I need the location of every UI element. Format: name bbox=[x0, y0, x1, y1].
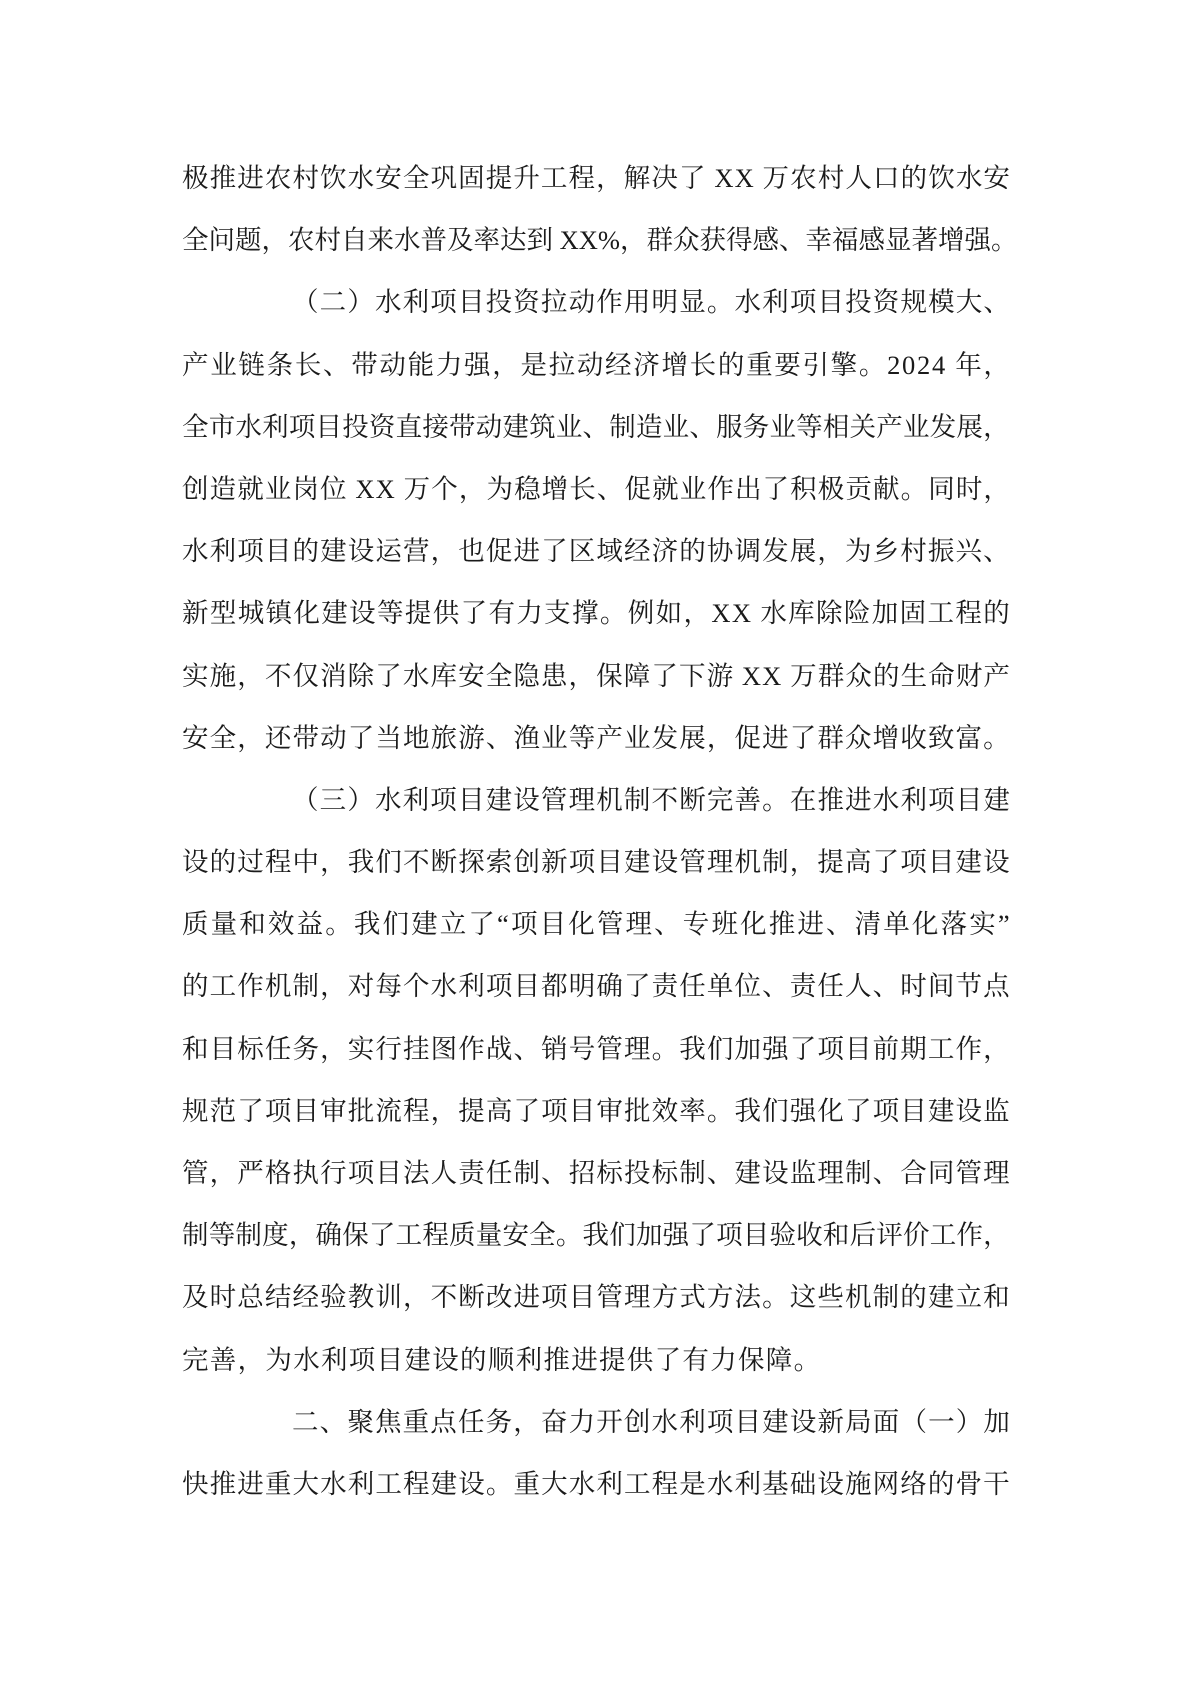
text-line-8: 新型城镇化建设等提供了有力支撑。例如，XX 水库除险加固工程的 bbox=[182, 582, 1010, 644]
text-line-15: 和目标任务，实行挂图作战、销号管理。我们加强了项目前期工作， bbox=[182, 1018, 1010, 1080]
text-line-3: （二）水利项目投资拉动作用明显。水利项目投资规模大、 bbox=[182, 271, 1010, 333]
text-line-1: 极推进农村饮水安全巩固提升工程，解决了 XX 万农村人口的饮水安 bbox=[182, 147, 1010, 209]
document-page: 极推进农村饮水安全巩固提升工程，解决了 XX 万农村人口的饮水安全问题，农村自来… bbox=[0, 0, 1190, 1683]
text-line-14: 的工作机制，对每个水利项目都明确了责任单位、责任人、时间节点 bbox=[182, 955, 1010, 1017]
text-line-17: 管，严格执行项目法人责任制、招标投标制、建设监理制、合同管理 bbox=[182, 1142, 1010, 1204]
text-line-20: 完善，为水利项目建设的顺利推进提供了有力保障。 bbox=[182, 1329, 1010, 1391]
text-line-7: 水利项目的建设运营，也促进了区域经济的协调发展，为乡村振兴、 bbox=[182, 520, 1010, 582]
text-line-9: 实施，不仅消除了水库安全隐患，保障了下游 XX 万群众的生命财产 bbox=[182, 645, 1010, 707]
text-line-21: 二、聚焦重点任务，奋力开创水利项目建设新局面（一）加 bbox=[182, 1391, 1010, 1453]
text-line-11: （三）水利项目建设管理机制不断完善。在推进水利项目建 bbox=[182, 769, 1010, 831]
text-line-6: 创造就业岗位 XX 万个，为稳增长、促就业作出了积极贡献。同时， bbox=[182, 458, 1010, 520]
text-line-19: 及时总结经验教训，不断改进项目管理方式方法。这些机制的建立和 bbox=[182, 1266, 1010, 1328]
text-line-4: 产业链条长、带动能力强，是拉动经济增长的重要引擎。2024 年， bbox=[182, 334, 1010, 396]
text-line-13: 质量和效益。我们建立了“项目化管理、专班化推进、清单化落实” bbox=[182, 893, 1010, 955]
text-line-16: 规范了项目审批流程，提高了项目审批效率。我们强化了项目建设监 bbox=[182, 1080, 1010, 1142]
text-line-10: 安全，还带动了当地旅游、渔业等产业发展，促进了群众增收致富。 bbox=[182, 707, 1010, 769]
text-line-18: 制等制度，确保了工程质量安全。我们加强了项目验收和后评价工作， bbox=[182, 1204, 1010, 1266]
text-line-2: 全问题，农村自来水普及率达到 XX%，群众获得感、幸福感显著增强。 bbox=[182, 209, 1010, 271]
text-line-22: 快推进重大水利工程建设。重大水利工程是水利基础设施网络的骨干 bbox=[182, 1453, 1010, 1515]
text-line-12: 设的过程中，我们不断探索创新项目建设管理机制，提高了项目建设 bbox=[182, 831, 1010, 893]
document-body: 极推进农村饮水安全巩固提升工程，解决了 XX 万农村人口的饮水安全问题，农村自来… bbox=[182, 147, 1010, 1515]
text-line-5: 全市水利项目投资直接带动建筑业、制造业、服务业等相关产业发展， bbox=[182, 396, 1010, 458]
